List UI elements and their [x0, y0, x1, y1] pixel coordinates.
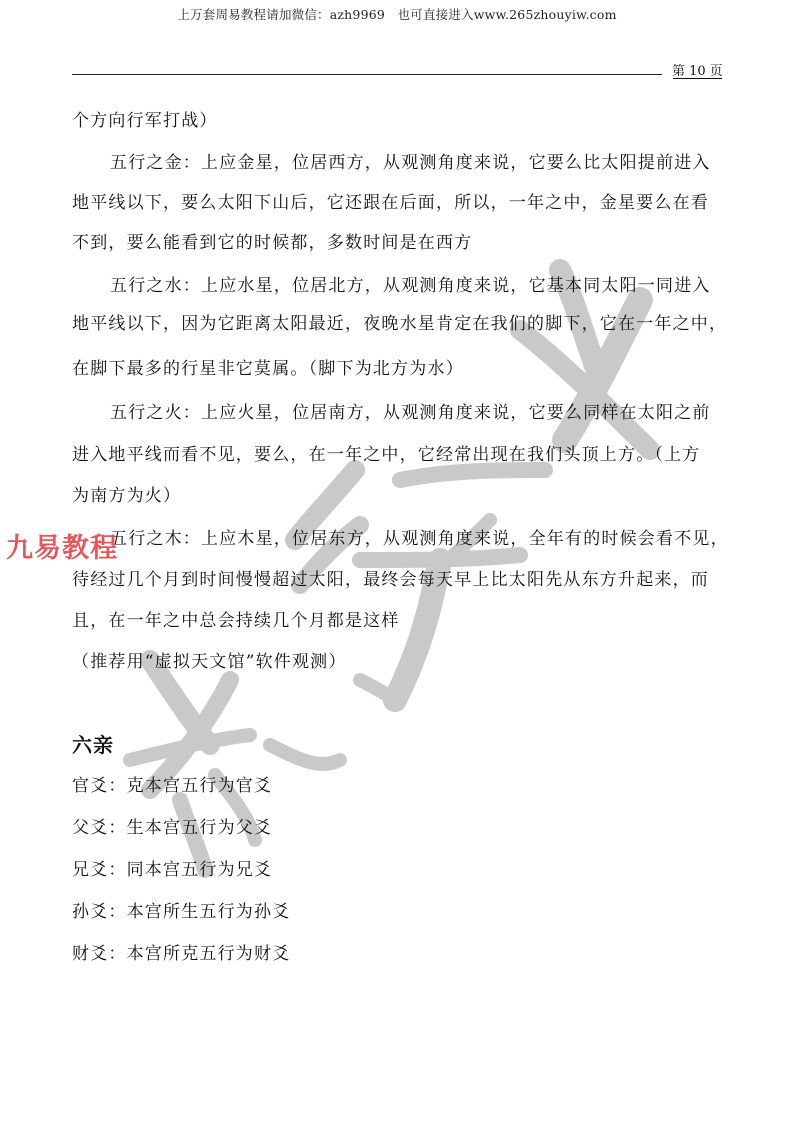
top-banner: 上万套周易教程请加微信：azh9969 也可直接进入www.265zhouyiw… — [0, 5, 794, 23]
liuqin-item: 兄爻：同本宫五行为兄爻 — [72, 855, 272, 880]
paragraph-line: 为南方为火） — [72, 481, 181, 506]
paragraph-line: 五行之金：上应金星，位居西方，从观测角度来说，它要么比太阳提前进入 — [110, 148, 711, 173]
liuqin-item: 财爻：本宫所克五行为财爻 — [72, 939, 290, 964]
paragraph-line: 地平线以下，要么太阳下山后，它还跟在后面，所以，一年之中，金星要么在看 — [72, 188, 709, 213]
paragraph-line: 五行之木：上应木星，位居东方，从观测角度来说，全年有的时候会看不见， — [110, 524, 729, 549]
paragraph-line: 进入地平线而看不见，要么，在一年之中，它经常出现在我们头顶上方。（上方 — [72, 440, 701, 465]
liuqin-item: 父爻：生本宫五行为父爻 — [72, 813, 272, 838]
red-watermark-logo: 九易教程 — [6, 526, 118, 565]
section-title-liuqin: 六亲 — [72, 729, 114, 758]
page-number: 第 10 页 — [672, 60, 723, 79]
paragraph-line: 五行之水：上应水星，位居北方，从观测角度来说，它基本同太阳一同进入 — [110, 271, 711, 296]
liuqin-item: 孙爻：本宫所生五行为孙爻 — [72, 897, 290, 922]
paragraph-line: 个方向行军打战） — [72, 106, 218, 131]
paragraph-line: 待经过几个月到时间慢慢超过太阳，最终会每天早上比太阳先从东方升起来，而 — [72, 565, 709, 590]
liuqin-item: 官爻：克本宫五行为官爻 — [72, 771, 272, 796]
paragraph-line: 不到，要么能看到它的时候都，多数时间是在西方 — [72, 228, 472, 253]
paragraph-line: 五行之火：上应火星，位居南方，从观测角度来说，它要么同样在太阳之前 — [110, 398, 711, 423]
page-number-underline — [673, 78, 722, 79]
header-rule — [72, 74, 662, 75]
paragraph-line: 地平线以下，因为它距离太阳最近，夜晚水星肯定在我们的脚下，它在一年之中， — [72, 309, 727, 334]
paragraph-line: 且，在一年之中总会持续几个月都是这样 — [72, 606, 400, 631]
paragraph-line: （推荐用“虚拟天文馆”软件观测） — [72, 647, 347, 672]
paragraph-line: 在脚下最多的行星非它莫属。（脚下为北方为水） — [72, 354, 464, 379]
